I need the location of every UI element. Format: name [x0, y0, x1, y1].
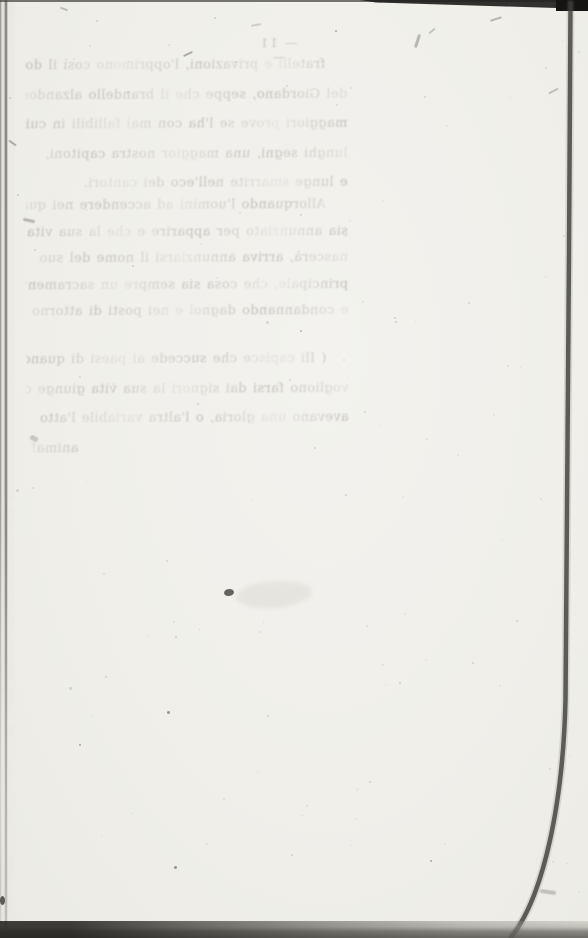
dust-speck [214, 594, 215, 595]
dust-speck [356, 788, 359, 791]
dust-speck [395, 321, 397, 323]
dust-speck [404, 613, 406, 615]
dust-speck [362, 391, 364, 393]
dust-speck [32, 487, 34, 489]
dust-speck [424, 96, 426, 98]
dust-speck [101, 836, 102, 837]
show-through-line: maggiori prove se l'ha con mai fallibili… [25, 109, 347, 140]
dust-speck [552, 861, 554, 863]
dust-speck [306, 805, 308, 807]
dust-speck [369, 781, 371, 783]
dust-speck [103, 573, 105, 575]
dust-speck [267, 715, 269, 717]
show-through-paragraph: Allorquando l'uomini ad accendere nei qu… [26, 192, 349, 326]
dust-speck [472, 662, 474, 664]
show-through-line: nascerà, arriva annunziarsi il nome del … [26, 245, 348, 273]
dust-speck [516, 620, 518, 622]
dust-speck [355, 818, 357, 820]
show-through-line: e condannando dagnol e nei posti di atto… [26, 298, 348, 326]
edge-nub [0, 896, 5, 905]
dust-speck [250, 838, 251, 839]
dust-speck [399, 682, 401, 684]
dust-speck [351, 845, 352, 846]
dust-speck [167, 711, 170, 714]
dust-speck [175, 636, 177, 638]
show-through-line: ( Ili capisce che succede ai paesi di qu… [26, 344, 348, 375]
dust-speck [263, 622, 264, 623]
dust-speck [331, 574, 332, 575]
ink-smudge [235, 578, 313, 610]
dust-speck [366, 625, 368, 627]
dust-speck [367, 890, 368, 891]
dust-speck [266, 321, 269, 324]
dust-speck [199, 629, 200, 630]
dust-speck [223, 798, 225, 800]
dust-speck [173, 621, 175, 623]
dust-speck [578, 51, 580, 53]
dust-speck [124, 759, 125, 760]
dust-speck [444, 843, 446, 845]
gutter-edge-line [5, 0, 7, 930]
dust-speck [430, 860, 432, 862]
dust-speck [34, 249, 36, 251]
dust-speck [206, 843, 208, 845]
show-through-line: vogliono farsi dai signori la sua vita g… [26, 373, 348, 404]
dust-speck [127, 91, 129, 93]
dust-speck [234, 61, 236, 63]
dust-speck [545, 67, 547, 69]
dust-speck [69, 687, 72, 690]
show-through-paragraph: ( Ili capisce che succede ai paesi di qu… [26, 344, 349, 463]
dust-speck [540, 498, 542, 500]
dust-speck [112, 383, 115, 386]
dust-speck [132, 813, 133, 814]
dust-speck [385, 684, 387, 686]
dust-speck [436, 568, 437, 569]
show-through-line: del Giordano, seppe che il brandello alz… [25, 79, 347, 110]
dust-speck [256, 800, 257, 801]
dust-speck [578, 891, 580, 893]
dust-speck [335, 30, 337, 32]
page-top-right-corner [556, 0, 588, 11]
show-through-line: lunghi segni, una maggior nostra capiton… [25, 138, 347, 169]
show-through-line: anima! [27, 432, 349, 463]
dust-speck [350, 87, 352, 89]
dust-speck [79, 744, 81, 746]
dust-speck [382, 664, 384, 666]
dust-speck [302, 815, 303, 816]
dust-speck [147, 635, 149, 637]
book-page-scan: — 11 — fratelli e privazioni, l'opprimon… [0, 0, 588, 938]
ink-blot [224, 588, 235, 596]
dust-speck [426, 438, 428, 440]
dust-speck [266, 910, 267, 911]
dust-speck [499, 685, 501, 687]
dust-speck [78, 801, 79, 802]
dust-speck [215, 639, 217, 641]
dust-speck [563, 235, 565, 237]
dust-speck [239, 212, 241, 214]
dust-speck [364, 411, 366, 413]
show-through-line: sia annunziato per apparire e che la sua… [26, 218, 348, 246]
dust-speck [300, 330, 302, 332]
dust-speck [569, 755, 570, 756]
dust-speck [91, 716, 92, 717]
dust-speck [336, 104, 338, 106]
dust-speck [345, 494, 347, 496]
dust-speck [549, 768, 551, 770]
dust-speck [305, 815, 307, 817]
show-through-paragraph: fratelli e privazioni, l'opprimono così … [25, 50, 348, 199]
dust-speck [567, 863, 568, 864]
dust-speck [257, 772, 258, 773]
dust-speck [174, 866, 177, 869]
dust-speck [9, 97, 11, 99]
dust-speck [259, 631, 261, 633]
show-through-text: — 11 — fratelli e privazioni, l'opprimon… [0, 0, 588, 521]
dust-speck [509, 96, 511, 98]
dust-speck [16, 489, 19, 492]
dust-speck [425, 659, 427, 661]
dust-speck [354, 614, 355, 615]
dust-speck [166, 560, 168, 562]
dust-speck [336, 629, 337, 630]
dust-speck [291, 854, 293, 856]
show-through-line: avevano una gloria, o l'altra variabile … [27, 403, 349, 434]
show-through-line: principale, che cosa sia sempre un sacra… [26, 271, 348, 299]
dust-speck [105, 676, 107, 678]
page-bottom-edge [0, 921, 588, 938]
scratch-mark [540, 889, 556, 895]
dust-speck [501, 539, 503, 541]
